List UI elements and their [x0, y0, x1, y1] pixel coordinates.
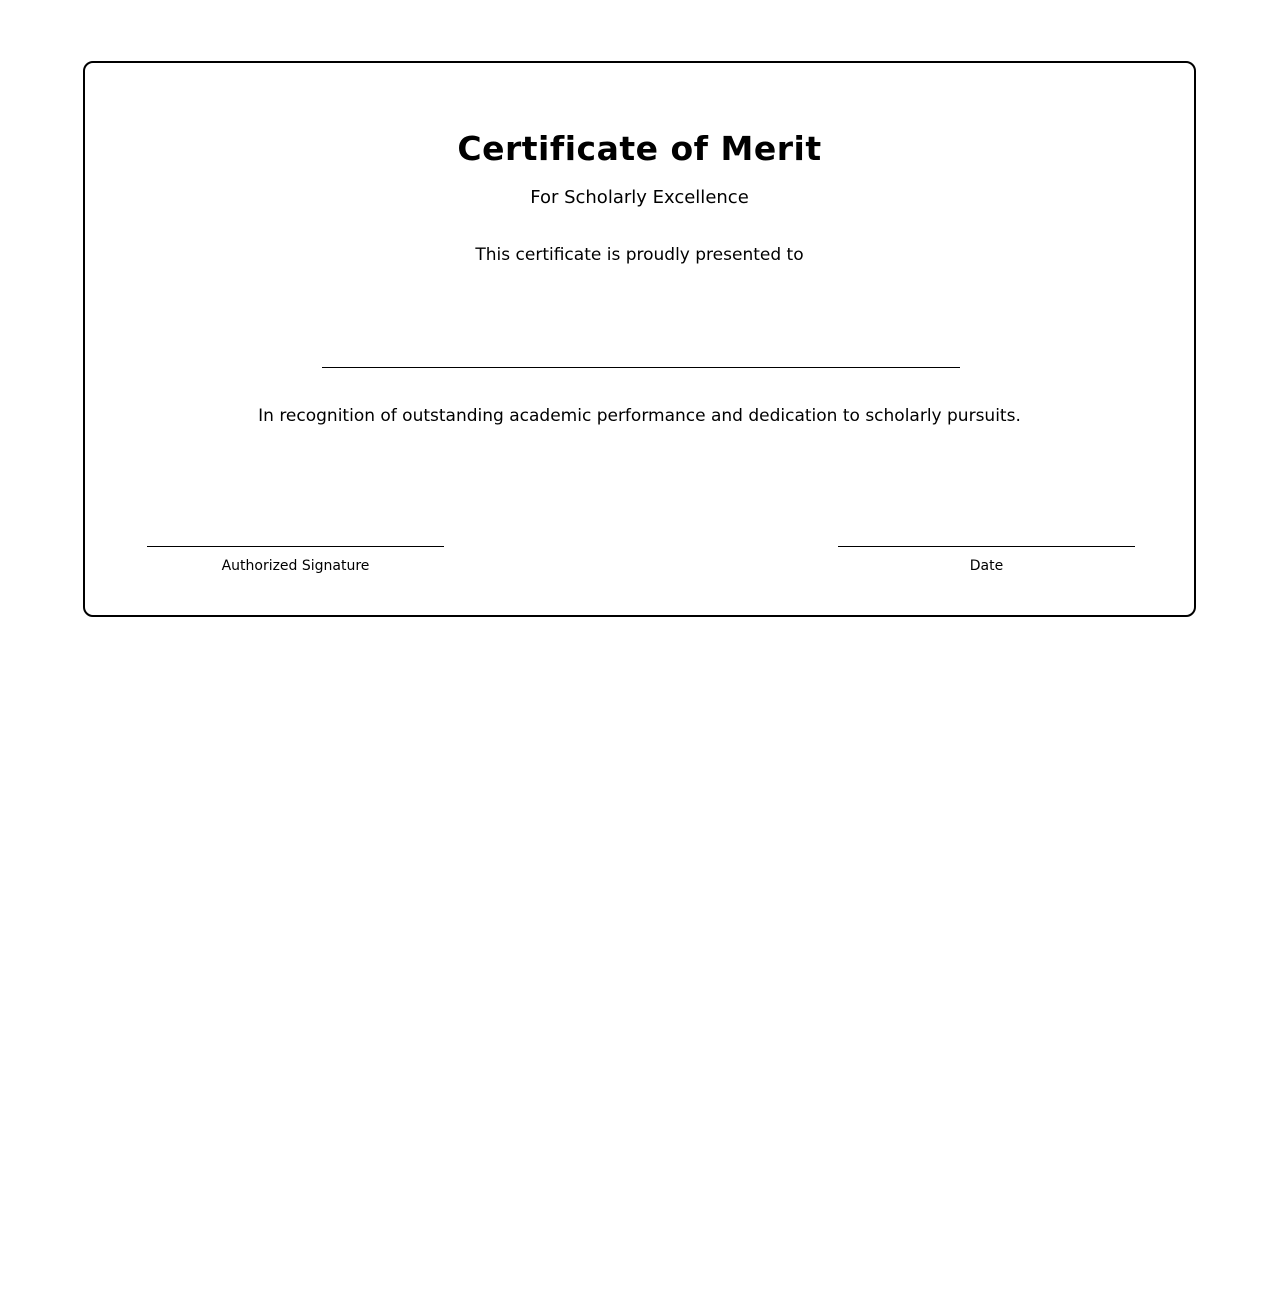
date-label: Date: [838, 558, 1135, 574]
recognition-text: In recognition of outstanding academic p…: [85, 406, 1194, 426]
date-block: Date: [838, 546, 1135, 574]
signature-line: [147, 546, 444, 547]
presented-to-text: This certificate is proudly presented to: [85, 245, 1194, 265]
certificate-card: Certificate of Merit For Scholarly Excel…: [83, 61, 1196, 617]
recipient-name-line: [322, 367, 960, 368]
signature-label: Authorized Signature: [147, 558, 444, 574]
signature-block: Authorized Signature: [147, 546, 444, 574]
certificate-subtitle: For Scholarly Excellence: [85, 187, 1194, 208]
certificate-title: Certificate of Merit: [85, 129, 1194, 168]
date-line: [838, 546, 1135, 547]
